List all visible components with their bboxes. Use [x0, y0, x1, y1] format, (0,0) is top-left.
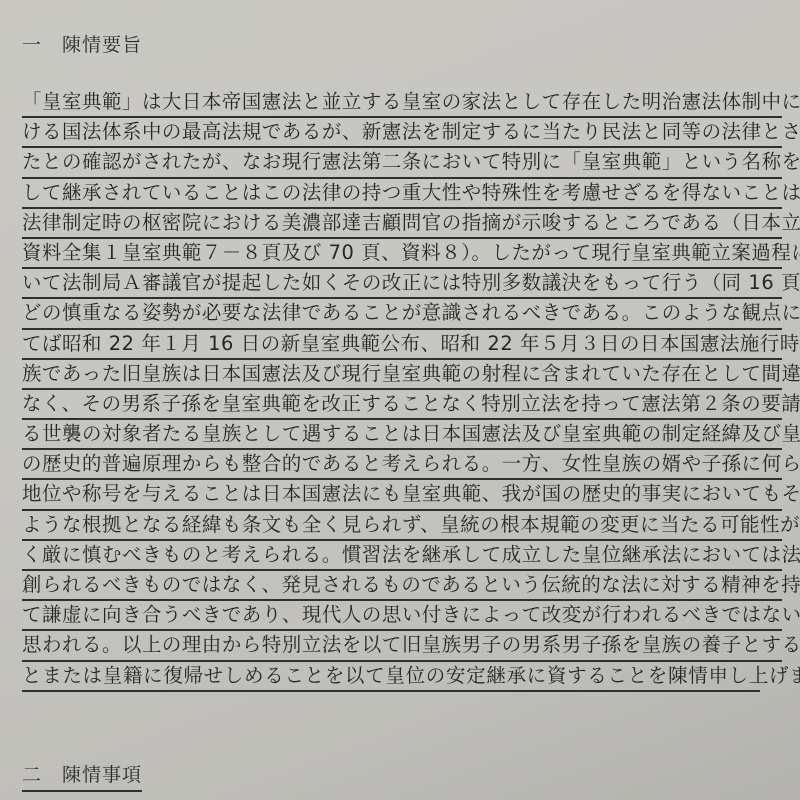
body-line: どの慎重なる姿勢が必要な法律であることが意識されるべきである。このような観点に立	[22, 299, 782, 329]
body-line: して継承されていることはこの法律の持つ重大性や特殊性を考慮せざるを得ないことは本	[22, 179, 782, 209]
section-1-title: 陳情要旨	[62, 34, 142, 56]
section-1-heading: 一陳情要旨	[22, 30, 142, 57]
body-line: 地位や称号を与えることは日本国憲法にも皇室典範、我が国の歴史的事実においてもその	[22, 480, 782, 510]
section-2-heading: 二陳情事項	[22, 760, 142, 792]
body-line: てば昭和 22 年１月 16 日の新皇室典範公布、昭和 22 年５月３日の日本国…	[22, 330, 782, 360]
body-line: たとの確認がされたが、なお現行憲法第二条において特別に「皇室典範」という名称を指…	[22, 148, 782, 178]
body-line: 創られるべきものではなく、発見されるものであるという伝統的な法に対する精神を持っ	[22, 571, 782, 601]
body-line: 族であった旧皇族は日本国憲法及び現行皇室典範の射程に含まれていた存在として間違い	[22, 360, 782, 390]
body-line: ような根拠となる経緯も条文も全く見られず、皇統の根本規範の変更に当たる可能性が高	[22, 511, 782, 541]
body-line: なく、その男系子孫を皇室典範を改正することなく特別立法を持って憲法第２条の要請す	[22, 390, 782, 420]
petition-summary-body: 「皇室典範」は大日本帝国憲法と並立する皇室の家法として存在した明治憲法体制中にお…	[22, 88, 782, 692]
body-line-final: とまたは皇籍に復帰せしめることを以て皇位の安定継承に資することを陳情申し上げます…	[22, 662, 760, 692]
body-line: ける国法体系中の最高法規であるが、新憲法を制定するに当たり民法と同等の法律とされ	[22, 118, 782, 148]
section-2-title: 陳情事項	[62, 764, 142, 786]
body-line: 思われる。以上の理由から特別立法を以て旧皇族男子の男系男子孫を皇族の養子とするこ	[22, 631, 782, 661]
body-line: の歴史的普遍原理からも整合的であると考えられる。一方、女性皇族の婿や子孫に何らか…	[22, 450, 782, 480]
body-line: いて法制局Ａ審議官が提起した如くその改正には特別多数議決をもって行う（同 16 …	[22, 269, 782, 299]
body-line: く厳に慎むべきものと考えられる。慣習法を継承して成立した皇位継承法においては法は	[22, 541, 782, 571]
body-line: 資料全集１皇室典範７－８頁及び 70 頁、資料８）。したがって現行皇室典範立案過…	[22, 239, 782, 269]
body-line: て謙虚に向き合うべきであり、現代人の思い付きによって改変が行われるべきではないと	[22, 601, 782, 631]
section-2-number: 二	[22, 760, 62, 787]
body-line: 「皇室典範」は大日本帝国憲法と並立する皇室の家法として存在した明治憲法体制中にお	[22, 88, 782, 118]
section-1-number: 一	[22, 30, 62, 57]
document-page: 一陳情要旨 「皇室典範」は大日本帝国憲法と並立する皇室の家法として存在した明治憲…	[0, 0, 800, 800]
body-line: る世襲の対象者たる皇族として遇することは日本国憲法及び皇室典範の制定経緯及び皇統	[22, 420, 782, 450]
body-line: 法律制定時の枢密院における美濃部達吉顧問官の指摘が示唆するところである（日本立法	[22, 209, 782, 239]
